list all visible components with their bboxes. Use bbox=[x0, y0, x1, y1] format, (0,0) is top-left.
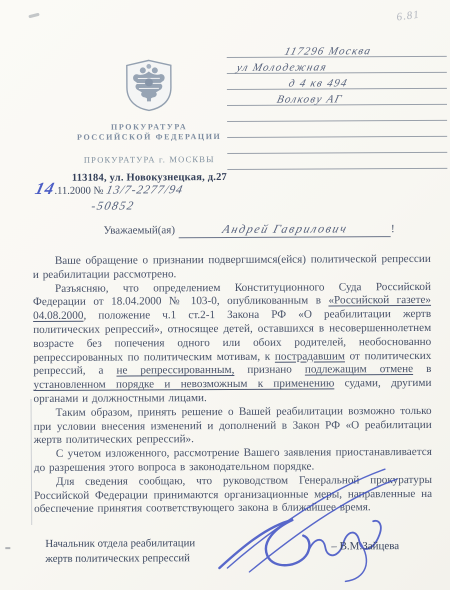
salutation: Уважаемый(ая)Андрей Гаврилович! bbox=[104, 221, 424, 239]
handwritten-recipient-name: Волкову АГ bbox=[276, 93, 344, 105]
paragraph-text: в bbox=[413, 363, 431, 375]
office-name: ПРОКУРАТУРА г. МОСКВЫ bbox=[51, 154, 247, 165]
printed-date: .11.2000 № bbox=[54, 186, 103, 197]
handwritten-ref-number: 13/7-2277/94 bbox=[105, 182, 185, 197]
underlined-phrase: «Российской газете» bbox=[328, 294, 431, 307]
org-name-line2: РОССИЙСКОЙ ФЕДЕРАЦИИ bbox=[51, 132, 247, 143]
body-paragraph: Таким образом, принять решение о Вашей р… bbox=[34, 405, 432, 448]
handwritten-house: д 4 кв 494 bbox=[287, 77, 349, 89]
scan-smudge bbox=[28, 13, 39, 19]
scan-edge-artifact bbox=[31, 399, 33, 525]
signature-autograph bbox=[213, 467, 414, 588]
letterhead: ПРОКУРАТУРА РОССИЙСКОЙ ФЕДЕРАЦИИ ПРОКУРА… bbox=[51, 58, 248, 184]
signer-title-line1: Начальник отдела реабилитации bbox=[45, 536, 195, 552]
underlined-phrase: подлежащим отмене bbox=[305, 363, 413, 376]
pencil-note: 6.81 bbox=[396, 9, 421, 24]
salutation-printed: Уважаемый(ая) bbox=[104, 224, 175, 236]
signer-title: Начальник отдела реабилитации жертв поли… bbox=[45, 536, 195, 567]
underlined-phrase: не репрессированным, bbox=[116, 364, 234, 377]
address-line: Волкову АГ bbox=[227, 89, 447, 106]
handwritten-name-line: Андрей Гаврилович bbox=[179, 221, 391, 238]
address-line: д 4 кв 494 bbox=[227, 73, 447, 90]
address-line-empty bbox=[227, 105, 447, 122]
body-paragraph: Разъясняю, что определением Конституцион… bbox=[33, 281, 432, 407]
address-line: ул Молодежная bbox=[227, 57, 447, 74]
paragraph-text: Таким образом, принять решение о Вашей р… bbox=[34, 405, 432, 447]
salutation-exclamation: ! bbox=[391, 223, 395, 235]
address-line-empty bbox=[227, 121, 447, 138]
coat-of-arms-icon bbox=[124, 58, 174, 112]
address-line-empty bbox=[227, 153, 447, 170]
address-line-empty bbox=[227, 137, 447, 154]
paragraph-text: признано bbox=[234, 364, 305, 376]
paragraph-text: Ваше обращение о признании подвергшимся(… bbox=[33, 253, 431, 281]
underlined-phrase: пострадавшим bbox=[275, 350, 345, 362]
underlined-phrase: 04.08.2000 bbox=[33, 310, 83, 322]
handwritten-day: 14 bbox=[33, 179, 57, 199]
handwritten-postcode-city: 117296 Москва bbox=[283, 45, 373, 57]
signer-name-text: В.М.Зайцева bbox=[340, 540, 400, 552]
handwritten-street: ул Молодежная bbox=[235, 61, 328, 73]
signer-title-line2: жертв политических репрессий bbox=[45, 551, 195, 567]
reference-line: 14.11.2000 № 13/7-2277/94 bbox=[35, 178, 285, 199]
handwritten-ref-number-2: -50852 bbox=[90, 198, 136, 213]
handwritten-name: Андрей Гаврилович bbox=[221, 221, 350, 237]
scanned-letter: 6.81 ПРОКУРАТУРА РОССИЙСКОЙ ФЕДЕРАЦИИ ПР… bbox=[0, 0, 450, 590]
signer-name: – В.М.Зайцева bbox=[331, 540, 399, 552]
underlined-phrase: установленном порядке и невозможным к пр… bbox=[33, 378, 334, 392]
signer-name-dash: – bbox=[331, 540, 337, 552]
body-paragraph: Ваше обращение о признании подвергшимся(… bbox=[33, 253, 431, 283]
scan-edge-dot bbox=[5, 547, 10, 549]
recipient-address-block: 117296 Москва ул Молодежная д 4 кв 494 В… bbox=[227, 41, 448, 170]
address-line: 117296 Москва bbox=[227, 41, 447, 58]
